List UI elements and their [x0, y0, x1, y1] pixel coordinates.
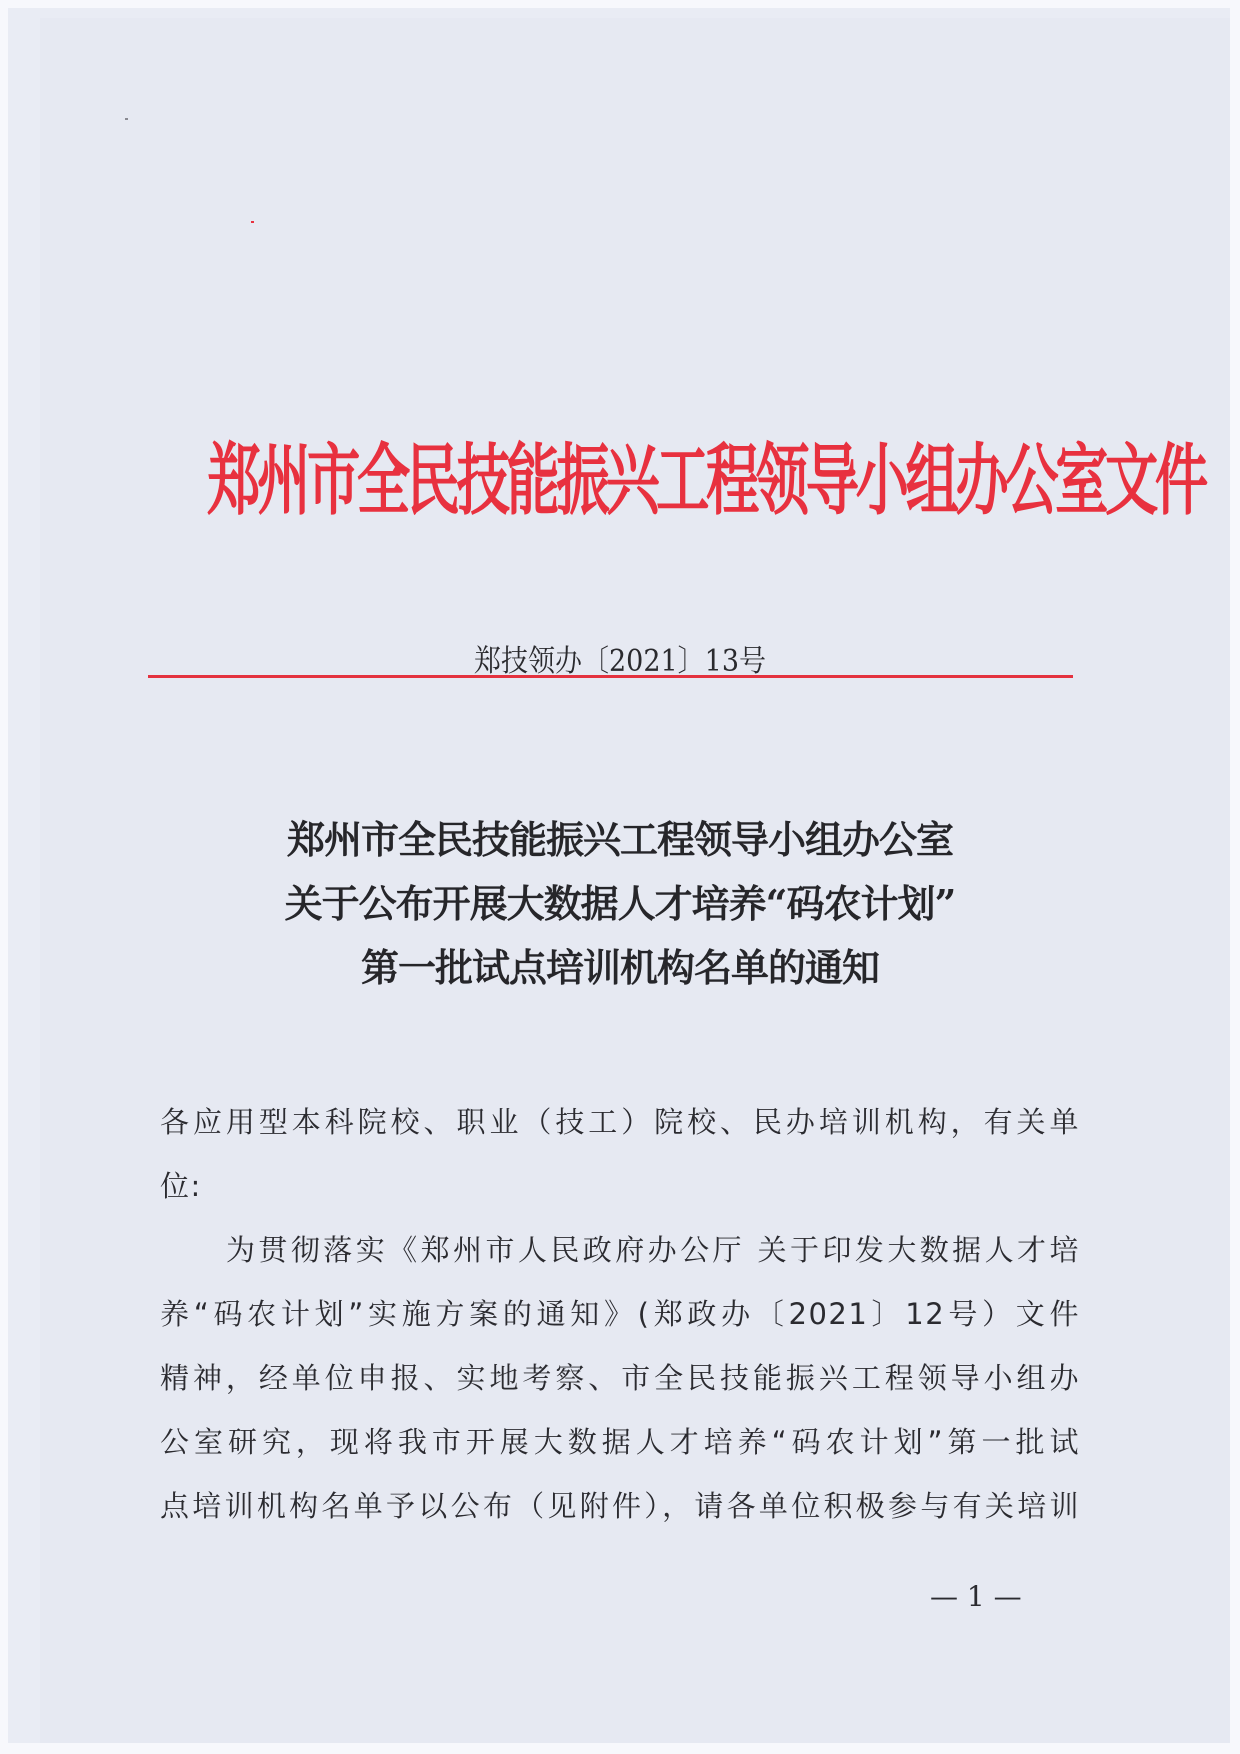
salutation-line-1: 各应用型本科院校、职业（技工）院校、民办培训机构，有关单 [160, 1090, 1080, 1154]
title-line-2: 关于公布开展大数据人才培养“码农计划” [140, 872, 1100, 936]
salutation-line-2: 位: [160, 1154, 1080, 1218]
document-number: 郑技领办〔2021〕13号 [188, 636, 1052, 680]
body-line-3: 精神，经单位申报、实地考察、市全民技能振兴工程领导小组办 [160, 1346, 1080, 1410]
letterhead-title: 郑州市全民技能振兴工程领导小组办公室文件 [207, 418, 1033, 529]
body-line-1: 为贯彻落实《郑州市人民政府办公厅 关于印发大数据人才培 [160, 1218, 1080, 1282]
title-line-1: 郑州市全民技能振兴工程领导小组办公室 [140, 808, 1100, 872]
notice-body: 各应用型本科院校、职业（技工）院校、民办培训机构，有关单 位: 为贯彻落实《郑州… [160, 1090, 1080, 1538]
red-divider-rule [148, 675, 1073, 678]
scan-speck [251, 221, 254, 223]
notice-title: 郑州市全民技能振兴工程领导小组办公室 关于公布开展大数据人才培养“码农计划” 第… [140, 808, 1100, 1000]
scan-speck [125, 118, 128, 120]
title-line-3: 第一批试点培训机构名单的通知 [140, 936, 1100, 1000]
body-line-2: 养“码农计划”实施方案的通知》(郑政办〔2021〕12号）文件 [160, 1282, 1080, 1346]
body-line-5: 点培训机构名单予以公布（见附件），请各单位积极参与有关培训 [160, 1474, 1080, 1538]
body-line-4: 公室研究，现将我市开展大数据人才培养“码农计划”第一批试 [160, 1410, 1080, 1474]
page-number: — 1 — [930, 1580, 1022, 1613]
